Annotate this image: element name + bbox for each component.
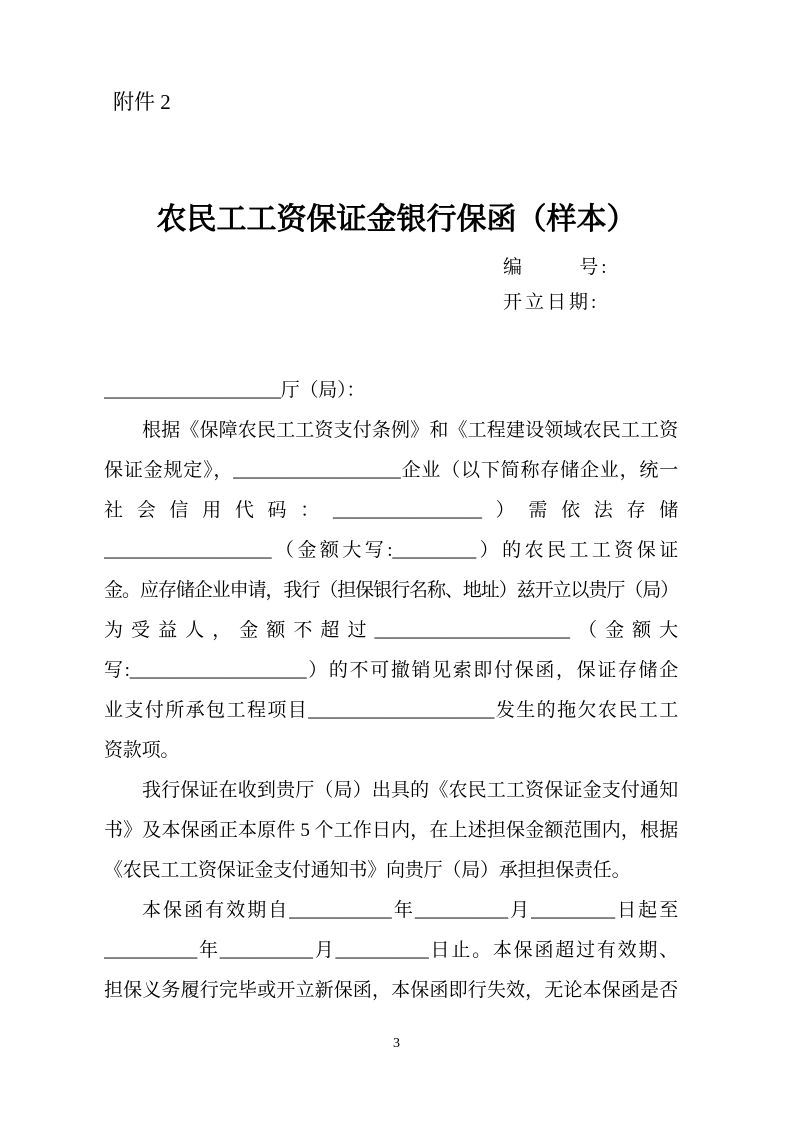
body-line: 担保义务履行完毕或开立新保函，本保函即行失效，无论本保函是否 [104,971,678,1011]
attachment-label: 附件 2 [113,90,171,114]
issue-date-label: 开立日期: [503,285,610,320]
body-line: 写:___________________）的不可撤销见索即付保函，保证存储企 [104,651,678,691]
serial-number-label: 编 号: [503,250,610,285]
body-text: ___________________厅（局）：根据《保障农民工工资支付条例》和… [104,371,678,1011]
body-line: 根据《保障农民工工资支付条例》和《工程建设领域农民工工资 [104,411,678,451]
body-line: __________年__________月__________日止。本保函超过… [104,931,678,971]
body-line: 我行保证在收到贵厅（局）出具的《农民工工资保证金支付通知 [104,771,678,811]
body-line: 资款项。 [104,731,678,771]
body-line: ___________________厅（局）： [104,371,678,411]
body-line: 金。应存储企业申请，我行（担保银行名称、地址）兹开立以贵厅（局） [104,571,678,611]
document-title: 农民工工资保证金银行保函（样本） [0,198,793,242]
document-page: 附件 2 农民工工资保证金银行保函（样本） 编 号: 开立日期: _______… [0,0,793,1122]
body-line: 保证金规定》，__________________企业（以下简称存储企业，统一 [104,451,678,491]
meta-block: 编 号: 开立日期: [503,250,610,320]
body-line: 业支付所承包工程项目____________________发生的拖欠农民工工 [104,691,678,731]
body-line: 社会信用代码：________________）需依法存储 [104,491,678,531]
page-number: 3 [0,1036,793,1052]
body-line: 本保函有效期自___________年__________月_________日… [104,891,678,931]
body-line: 书》及本保函正本原件 5 个工作日内，在上述担保金额范围内，根据 [104,811,678,851]
body-line: 《农民工工资保证金支付通知书》向贵厅（局）承担担保责任。 [104,851,678,891]
body-line: 为受益人，金额不超过_____________________（金额大 [104,611,678,651]
body-line: __________________（金额大写:_________）的农民工工资… [104,531,678,571]
